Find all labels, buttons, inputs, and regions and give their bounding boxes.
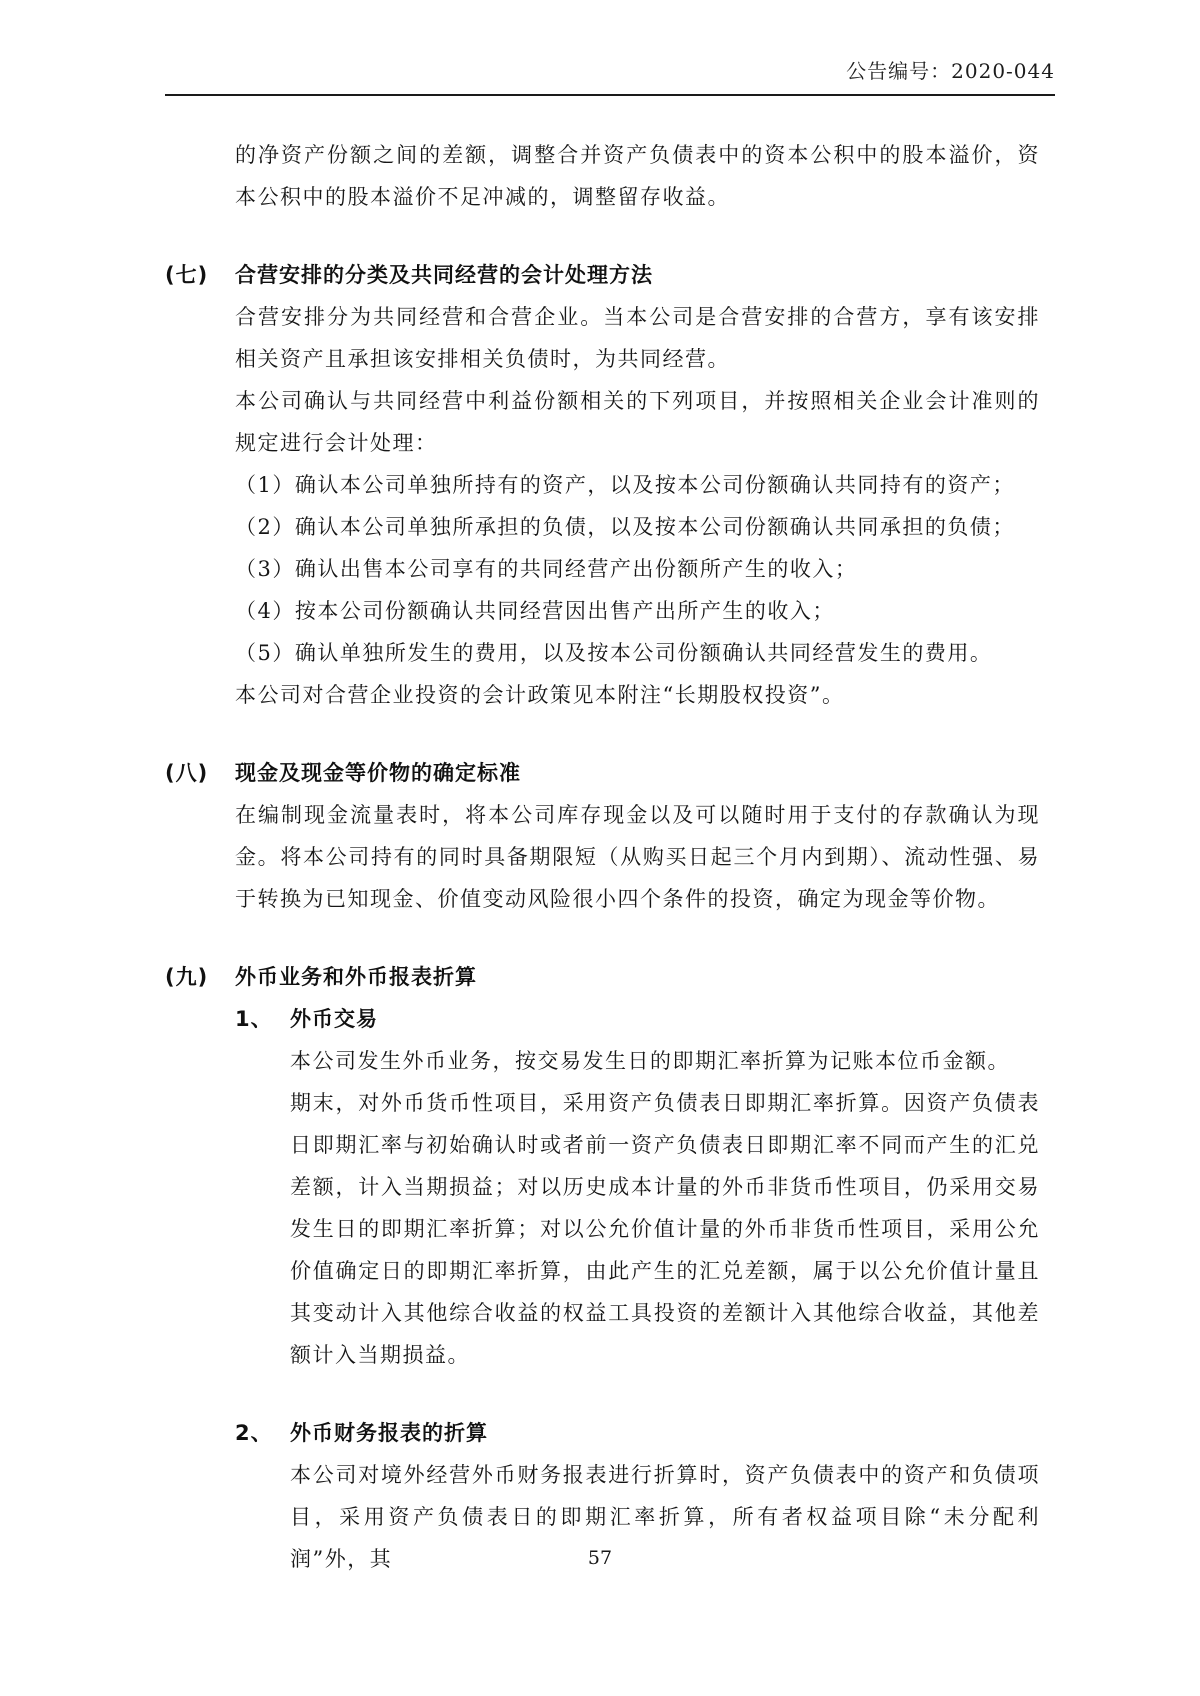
subsection-fx-transactions: 1、 外币交易 本公司发生外币业务，按交易发生日的即期汇率折算为记账本位币金额。… (235, 998, 1040, 1376)
paragraph: 在编制现金流量表时，将本公司库存现金以及可以随时用于支付的存款确认为现金。将本公… (235, 794, 1040, 920)
header-divider (165, 94, 1055, 96)
section-heading: (七) 合营安排的分类及共同经营的会计处理方法 (165, 254, 1040, 296)
subsection-title: 外币交易 (290, 998, 1040, 1040)
section-title: 现金及现金等价物的确定标准 (235, 752, 1040, 794)
paragraph: 期末，对外币货币性项目，采用资产负债表日即期汇率折算。因资产负债表日即期汇率与初… (290, 1082, 1040, 1376)
section-cash-equivalents: (八) 现金及现金等价物的确定标准 在编制现金流量表时，将本公司库存现金以及可以… (165, 752, 1040, 920)
document-page: 公告编号：2020-044 的净资产份额之间的差额，调整合并资产负债表中的资本公… (0, 0, 1200, 1696)
list-item: （2）确认本公司单独所承担的负债，以及按本公司份额确认共同承担的负债； (235, 506, 1040, 548)
section-title: 合营安排的分类及共同经营的会计处理方法 (235, 254, 1040, 296)
subsection-heading: 2、 外币财务报表的折算 (235, 1412, 1040, 1454)
list-item: （3）确认出售本公司享有的共同经营产出份额所产生的收入； (235, 548, 1040, 590)
page-content: 的净资产份额之间的差额，调整合并资产负债表中的资本公积中的股本溢价，资本公积中的… (165, 134, 1040, 1580)
list-item: （1）确认本公司单独所持有的资产，以及按本公司份额确认共同持有的资产； (235, 464, 1040, 506)
section-joint-arrangements: (七) 合营安排的分类及共同经营的会计处理方法 合营安排分为共同经营和合营企业。… (165, 254, 1040, 716)
paragraph: 合营安排分为共同经营和合营企业。当本公司是合营安排的合营方，享有该安排相关资产且… (235, 296, 1040, 380)
section-heading: (八) 现金及现金等价物的确定标准 (165, 752, 1040, 794)
paragraph: 本公司发生外币业务，按交易发生日的即期汇率折算为记账本位币金额。 (290, 1040, 1040, 1082)
subsection-label: 1、 (235, 998, 290, 1040)
section-title: 外币业务和外币报表折算 (235, 956, 1040, 998)
paragraph: 本公司确认与共同经营中利益份额相关的下列项目，并按照相关企业会计准则的规定进行会… (235, 380, 1040, 464)
page-number: 57 (0, 1543, 1200, 1573)
section-heading: (九) 外币业务和外币报表折算 (165, 956, 1040, 998)
section-label: (九) (165, 956, 235, 998)
announcement-number: 公告编号：2020-044 (165, 56, 1055, 86)
list-item: （4）按本公司份额确认共同经营因出售产出所产生的收入； (235, 590, 1040, 632)
paragraph: 本公司对合营企业投资的会计政策见本附注“长期股权投资”。 (235, 674, 1040, 716)
section-foreign-currency: (九) 外币业务和外币报表折算 1、 外币交易 本公司发生外币业务，按交易发生日… (165, 956, 1040, 1580)
subsection-title: 外币财务报表的折算 (290, 1412, 1040, 1454)
page-header: 公告编号：2020-044 (165, 56, 1055, 107)
continuation-paragraph: 的净资产份额之间的差额，调整合并资产负债表中的资本公积中的股本溢价，资本公积中的… (235, 134, 1040, 218)
section-label: (八) (165, 752, 235, 794)
list-item: （5）确认单独所发生的费用，以及按本公司份额确认共同经营发生的费用。 (235, 632, 1040, 674)
subsection-heading: 1、 外币交易 (235, 998, 1040, 1040)
subsection-label: 2、 (235, 1412, 290, 1454)
section-label: (七) (165, 254, 235, 296)
